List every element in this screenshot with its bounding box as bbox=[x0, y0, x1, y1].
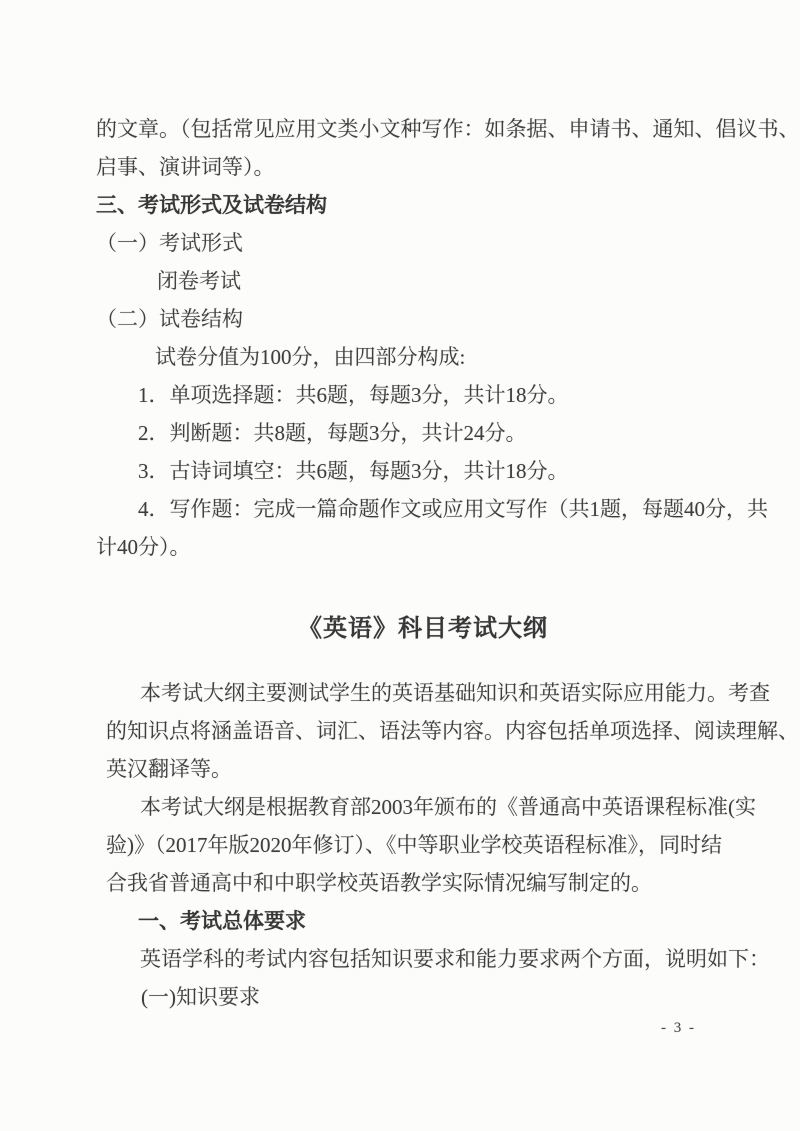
exam-format-value: 闭卷考试 bbox=[96, 262, 750, 300]
paper-structure-intro: 试卷分值为100分，由四部分构成: bbox=[96, 338, 750, 376]
paper-structure-item-2: 2．判断题：共8题，每题3分，共计24分。 bbox=[96, 414, 750, 452]
english-syllabus-title: 《英语》科目考试大纲 bbox=[96, 608, 750, 650]
scanned-document-page: 的文章。（包括常见应用文类小文种写作：如条据、申请书、通知、倡议书、 启事、演讲… bbox=[0, 0, 800, 1131]
section-heading-exam-format: 三、考试形式及试卷结构 bbox=[96, 186, 750, 224]
exam-format-label: （一）考试形式 bbox=[96, 224, 750, 262]
prev-paragraph-line-2: 启事、演讲词等）。 bbox=[96, 148, 750, 186]
paper-structure-item-4: 4．写作题：完成一篇命题作文或应用文写作（共1题，每题40分，共 bbox=[96, 490, 750, 528]
english-syllabus-section: 本考试大纲主要测试学生的英语基础知识和英语实际应用能力。考查 的知识点将涵盖语音… bbox=[106, 674, 756, 1016]
syllabus-paragraph2-line-3: 合我省普通高中和中职学校英语教学实际情况编写制定的。 bbox=[106, 864, 756, 902]
section-heading-overall-requirements: 一、考试总体要求 bbox=[106, 902, 756, 940]
knowledge-requirements-label: (一)知识要求 bbox=[106, 978, 756, 1016]
paper-structure-label: （二）试卷结构 bbox=[96, 300, 750, 338]
overall-requirements-intro: 英语学科的考试内容包括知识要求和能力要求两个方面，说明如下： bbox=[106, 940, 756, 978]
paper-structure-item-1: 1．单项选择题：共6题，每题3分，共计18分。 bbox=[96, 376, 750, 414]
syllabus-paragraph1-line-3: 英汉翻译等。 bbox=[106, 750, 756, 788]
paper-structure-item-3: 3．古诗词填空：共6题，每题3分，共计18分。 bbox=[96, 452, 750, 490]
prev-paragraph-line-1: 的文章。（包括常见应用文类小文种写作：如条据、申请书、通知、倡议书、 bbox=[96, 110, 750, 148]
syllabus-paragraph2-line-1: 本考试大纲是根据教育部2003年颁布的《普通高中英语课程标准(实 bbox=[106, 788, 756, 826]
exam-structure-section: 的文章。（包括常见应用文类小文种写作：如条据、申请书、通知、倡议书、 启事、演讲… bbox=[96, 110, 750, 566]
paper-structure-item-4-wrap: 计40分）。 bbox=[96, 528, 750, 566]
page-number: - 3 - bbox=[661, 1019, 696, 1037]
syllabus-paragraph1-line-2: 的知识点将涵盖语音、词汇、语法等内容。内容包括单项选择、阅读理解、 bbox=[106, 712, 756, 750]
syllabus-paragraph2-line-2: 验)》（2017年版2020年修订）、《中等职业学校英语程标准》，同时结 bbox=[106, 826, 756, 864]
syllabus-paragraph1-line-1: 本考试大纲主要测试学生的英语基础知识和英语实际应用能力。考查 bbox=[106, 674, 756, 712]
